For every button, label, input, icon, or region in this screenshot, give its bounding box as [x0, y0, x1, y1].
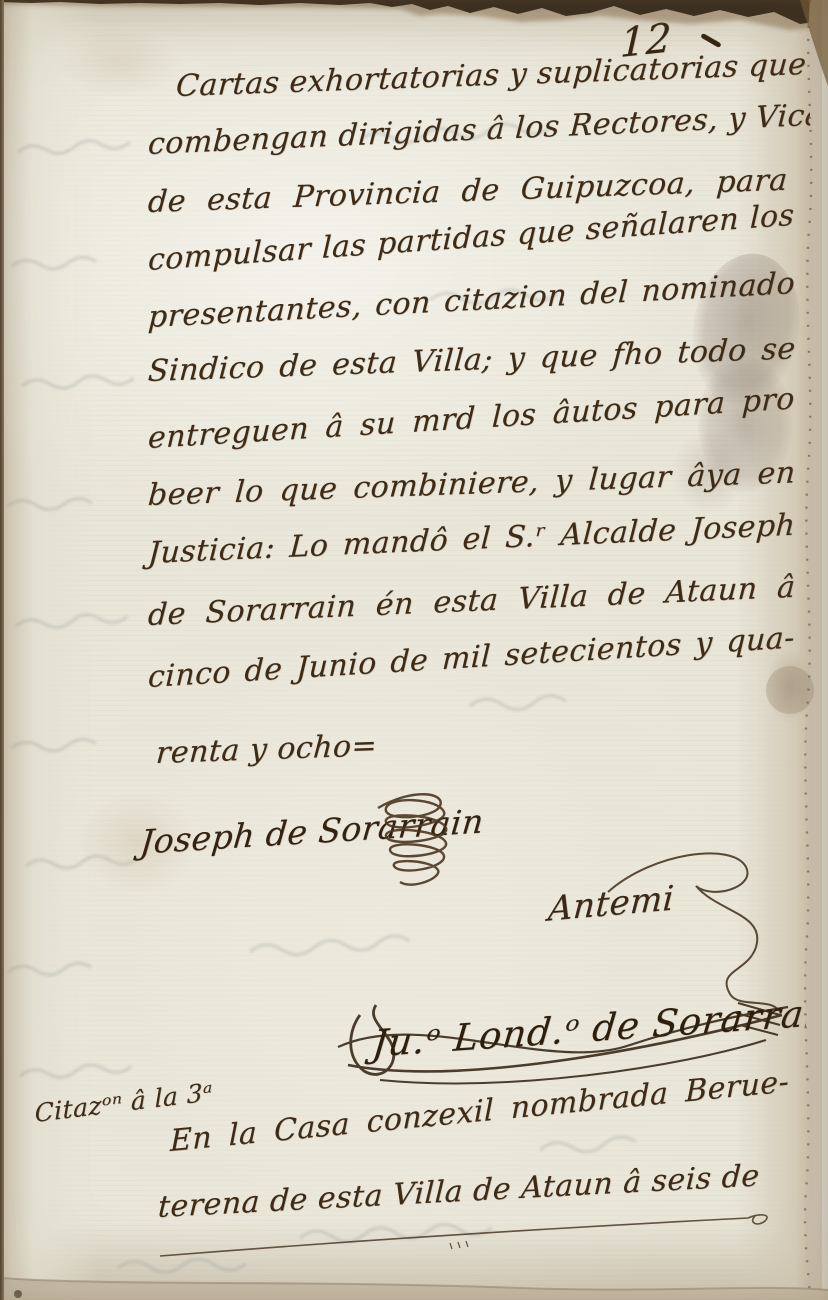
manuscript-line: presentantes, con citazion del nominado — [147, 267, 796, 336]
pen-stroke-mark — [700, 33, 722, 48]
manuscript-line: Cartas exhortatorias y suplicatorias que — [175, 49, 791, 105]
footer-line: En la Casa conzexil nombrada Berue- — [170, 1064, 789, 1159]
manuscript-line: cinco de Junio de mil setecientos y qua- — [147, 621, 795, 695]
manuscript-page: 12 Cartas exhortatorias y suplicatorias … — [0, 0, 828, 1300]
manuscript-line: Sindico de esta Villa; y que fho todo se — [147, 332, 797, 389]
notary-signature: Ju.ᵒ Lond.ᵒ de Sorarrain — [370, 989, 828, 1065]
manuscript-line: Justicia: Lo mandô el S.ʳ Alcalde Joseph — [147, 509, 797, 572]
paper-edge-top — [0, 0, 828, 32]
attestation-ante-mi: Antemi — [547, 878, 676, 929]
manuscript-line: entreguen â su mrd los âutos para pro — [147, 382, 795, 456]
footer-line: terena de esta Villa de Ataun â seis de — [157, 1159, 758, 1226]
paper-edge-left — [0, 0, 4, 1300]
manuscript-line: renta y ocho= — [155, 729, 379, 771]
margin-note: Citazᵒⁿ â la 3ᵃ — [34, 1077, 213, 1128]
alcalde-signature: Joseph de Sorarrain — [138, 801, 485, 861]
manuscript-line: beer lo que combiniere, y lugar âya en — [147, 456, 797, 513]
manuscript-line: combengan dirigidas â los Rectores, y Vi… — [147, 100, 797, 163]
ink-stain — [766, 648, 814, 724]
paper-edge-bottom — [0, 1260, 828, 1300]
ink-stain — [58, 26, 182, 98]
attestation-flourish — [598, 842, 808, 1012]
manuscript-line: de Sorarrain én esta Villa de Ataun â — [147, 571, 797, 634]
